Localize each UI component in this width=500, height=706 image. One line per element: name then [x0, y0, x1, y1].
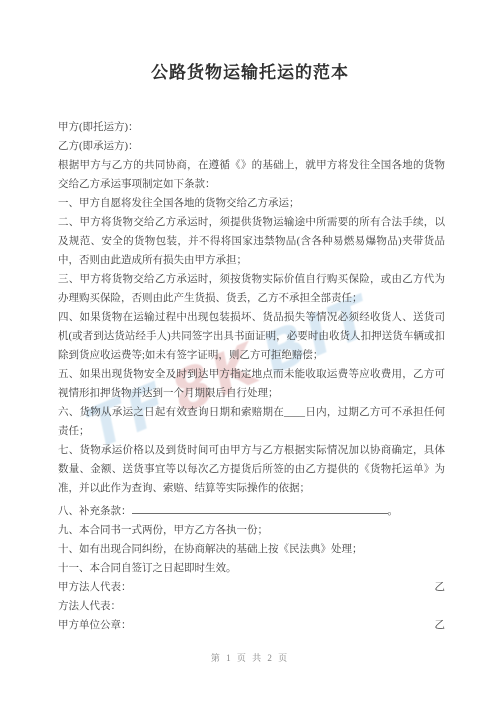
- clause-5: 五、如果出现货物安全及时到达甲方指定地点而未能收取运费等应收费用，乙方可视情形扣…: [58, 365, 445, 403]
- clause-2: 二、甲方将货物交给乙方承运时，须提供货物运输途中所需要的所有合法手续，以及规范、…: [58, 213, 445, 270]
- clause-11: 十一、本合同自签订之日起即时生效。: [58, 559, 445, 578]
- signature-row: 方法人代表：: [58, 597, 445, 616]
- blank-underline: [132, 503, 388, 514]
- supplement-prefix: 八、补充条款：: [58, 506, 132, 517]
- page-number-footer: 第 1 页 共 2 页: [0, 651, 500, 664]
- clause-3: 三、甲方将货物交给乙方承运时，须按货物实际价值自行购买保险，或由乙方代为办理购买…: [58, 270, 445, 308]
- clause-4: 四、如果货物在运输过程中出现包装损坏、货品损失等情况必须经收货人、送货司机(或者…: [58, 308, 445, 365]
- clause-6: 六、货物从承运之日起有效查询日期和索赔期在____日内，过期乙方可不承担任何责任…: [58, 403, 445, 441]
- signature-label: 方法人代表：: [58, 597, 121, 616]
- clause-8-supplement: 八、补充条款：。: [58, 502, 445, 521]
- signature-wrap-char: 乙: [435, 578, 446, 597]
- document-body: 甲方(即托运方)： 乙方(即承运方)： 根据甲方与乙方的共同协商，在遵循《》的基…: [58, 118, 445, 635]
- preamble: 根据甲方与乙方的共同协商，在遵循《》的基础上，就甲方将发往全国各地的货物交给乙方…: [58, 156, 445, 194]
- signature-wrap-char: 乙: [435, 616, 446, 635]
- clause-9: 九、本合同书一式两份，甲方乙方各执一份；: [58, 521, 445, 540]
- signature-row: 甲方单位公章： 乙: [58, 616, 445, 635]
- document-page: TF 8K BIT 公路货物运输托运的范本 甲方(即托运方)： 乙方(即承运方)…: [0, 0, 500, 706]
- supplement-suffix: 。: [388, 506, 399, 517]
- signature-label: 甲方单位公章：: [58, 616, 132, 635]
- party-b-line: 乙方(即承运方)：: [58, 137, 445, 156]
- signature-label: 甲方法人代表：: [58, 578, 132, 597]
- clause-7: 七、货物承运价格以及到货时间可由甲方与乙方根据实际情况加以协商确定，具体数量、金…: [58, 441, 445, 498]
- clause-1: 一、甲方自愿将发往全国各地的货物交给乙方承运；: [58, 194, 445, 213]
- signature-row: 甲方法人代表： 乙: [58, 578, 445, 597]
- document-title: 公路货物运输托运的范本: [0, 0, 500, 84]
- party-a-line: 甲方(即托运方)：: [58, 118, 445, 137]
- clause-10: 十、如有出现合同纠纷，在协商解决的基础上按《民法典》处理；: [58, 540, 445, 559]
